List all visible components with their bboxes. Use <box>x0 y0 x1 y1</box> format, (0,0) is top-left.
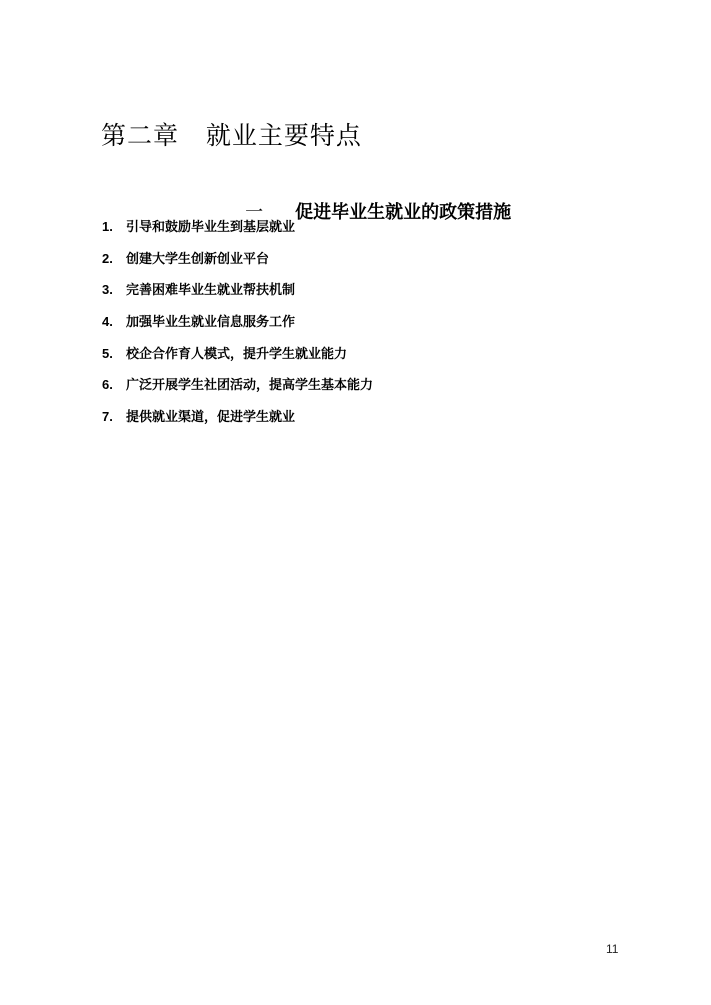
list-item-text: 校企合作育人模式，提升学生就业能力 <box>126 347 347 362</box>
list-item-text: 创建大学生创新创业平台 <box>126 252 269 267</box>
list-item-text: 提供就业渠道，促进学生就业 <box>126 410 295 425</box>
list-item: 5.校企合作育人模式，提升学生就业能力 <box>102 345 373 377</box>
list-item-number: 1. <box>102 218 126 236</box>
list-item: 2.创建大学生创新创业平台 <box>102 250 373 282</box>
chapter-title: 第二章 就业主要特点 <box>101 116 362 152</box>
list-item-number: 3. <box>102 281 126 299</box>
list-item-text: 引导和鼓励毕业生到基层就业 <box>126 220 295 235</box>
list-item: 1.引导和鼓励毕业生到基层就业 <box>102 218 373 250</box>
list-item-number: 2. <box>102 250 126 268</box>
list-item-text: 完善困难毕业生就业帮扶机制 <box>126 283 295 298</box>
list-item-text: 加强毕业生就业信息服务工作 <box>126 315 295 330</box>
list-item-number: 4. <box>102 313 126 331</box>
list-item: 3.完善困难毕业生就业帮扶机制 <box>102 281 373 313</box>
page-number: 11 <box>606 942 618 956</box>
list-item-number: 7. <box>102 408 126 426</box>
list-item-number: 6. <box>102 376 126 394</box>
list-item-number: 5. <box>102 345 126 363</box>
list-item-text: 广泛开展学生社团活动，提高学生基本能力 <box>126 378 373 393</box>
list-item: 6.广泛开展学生社团活动，提高学生基本能力 <box>102 376 373 408</box>
list-item: 7.提供就业渠道，促进学生就业 <box>102 408 373 440</box>
list-item: 4.加强毕业生就业信息服务工作 <box>102 313 373 345</box>
measures-list: 1.引导和鼓励毕业生到基层就业 2.创建大学生创新创业平台 3.完善困难毕业生就… <box>102 218 373 440</box>
document-page: 第二章 就业主要特点 一促进毕业生就业的政策措施 1.引导和鼓励毕业生到基层就业… <box>0 0 711 1005</box>
